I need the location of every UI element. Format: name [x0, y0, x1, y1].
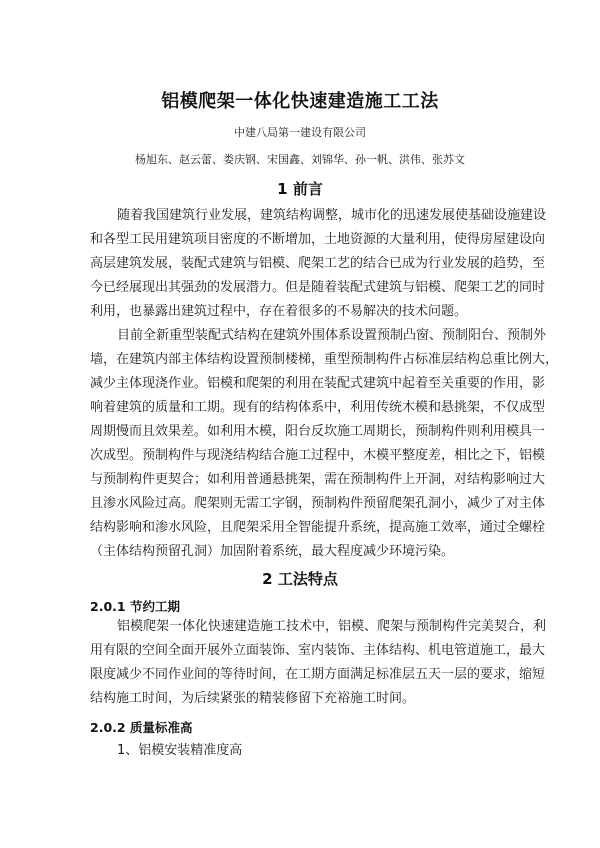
subsection-heading-2-0-1: 2.0.1 节约工期	[90, 597, 180, 615]
organization: 中建八局第一建设有限公司	[0, 124, 600, 140]
section-heading-1: 1 前言	[0, 178, 600, 199]
text-line: 周期慢而且效果差。如利用木模，阳台反坎施工周期长，预制构件则利用模具一	[90, 420, 510, 444]
subsection-heading-2-0-2: 2.0.2 质量标准高	[90, 718, 192, 736]
text-line: 用有限的空间全面开展外立面装饰、室内装饰、主体结构、机电管道施工，最大	[90, 639, 510, 663]
text-line: 随着我国建筑行业发展，建筑结构调整，城市化的迅速发展使基础设施建设	[90, 204, 510, 228]
text-line: 目前全新重型装配式结构在建筑外围体系设置预制凸窗、预制阳台、预制外	[90, 324, 510, 348]
text-line: 响着建筑的质量和工期。现有的结构体系中，利用传统木模和悬挑架，不仅成型	[90, 396, 510, 420]
text-line: 结构施工时间，为后续紧张的精装修留下充裕施工时间。	[90, 687, 510, 711]
paragraph-intro-1: 随着我国建筑行业发展，建筑结构调整，城市化的迅速发展使基础设施建设 和各型工民用…	[90, 204, 510, 324]
paragraph-2-0-1: 铝模爬架一体化快速建造施工技术中，铝模、爬架与预制构件完美契合，利 用有限的空间…	[90, 615, 510, 711]
text-line: 限度减少不同作业间的等待时间，在工期方面满足标准层五天一层的要求，缩短	[90, 663, 510, 687]
document-title: 铝模爬架一体化快速建造施工工法	[0, 87, 600, 113]
authors: 杨旭东、赵云蕾、娄庆钢、宋国鑫、刘锦华、孙一帆、洪伟、张苏文	[0, 151, 600, 167]
text-line: 铝模爬架一体化快速建造施工技术中，铝模、爬架与预制构件完美契合，利	[90, 615, 510, 639]
text-line: 墙，在建筑内部主体结构设置预制楼梯，重型预制构件占标准层结构总重比例大，	[90, 348, 510, 372]
text-line: 结构影响和渗水风险，且爬架采用全智能提升系统，提高施工效率，通过全螺栓	[90, 516, 510, 540]
text-line: 次成型。预制构件与现浇结构结合施工过程中，木模平整度差，相比之下，铝模	[90, 444, 510, 468]
text-line: （主体结构预留孔洞）加固附着系统，最大程度减少环境污染。	[90, 540, 510, 564]
text-line: 和各型工民用建筑项目密度的不断增加，土地资源的大量利用，使得房屋建设向	[90, 228, 510, 252]
text-line: 今已经展现出其强劲的发展潜力。但是随着装配式建筑与铝模、爬架工艺的同时	[90, 276, 510, 300]
text-line: 与预制构件更契合；如利用普通悬挑架，需在预制构件上开洞，对结构影响过大	[90, 468, 510, 492]
document-page: 铝模爬架一体化快速建造施工工法 中建八局第一建设有限公司 杨旭东、赵云蕾、娄庆钢…	[0, 0, 600, 848]
list-item: 1、铝模安装精准度高	[117, 739, 242, 758]
text-line: 利用，也暴露出建筑过程中，存在着很多的不易解决的技术问题。	[90, 300, 510, 324]
text-line: 高层建筑发展，装配式建筑与铝模、爬架工艺的结合已成为行业发展的趋势，至	[90, 252, 510, 276]
paragraph-intro-2: 目前全新重型装配式结构在建筑外围体系设置预制凸窗、预制阳台、预制外 墙，在建筑内…	[90, 324, 510, 564]
text-line: 且渗水风险过高。爬架则无需工字钢，预制构件预留爬架孔洞小，减少了对主体	[90, 492, 510, 516]
section-heading-2: 2 工法特点	[0, 568, 600, 589]
text-line: 减少主体现浇作业。铝模和爬架的利用在装配式建筑中起着至关重要的作用，影	[90, 372, 510, 396]
